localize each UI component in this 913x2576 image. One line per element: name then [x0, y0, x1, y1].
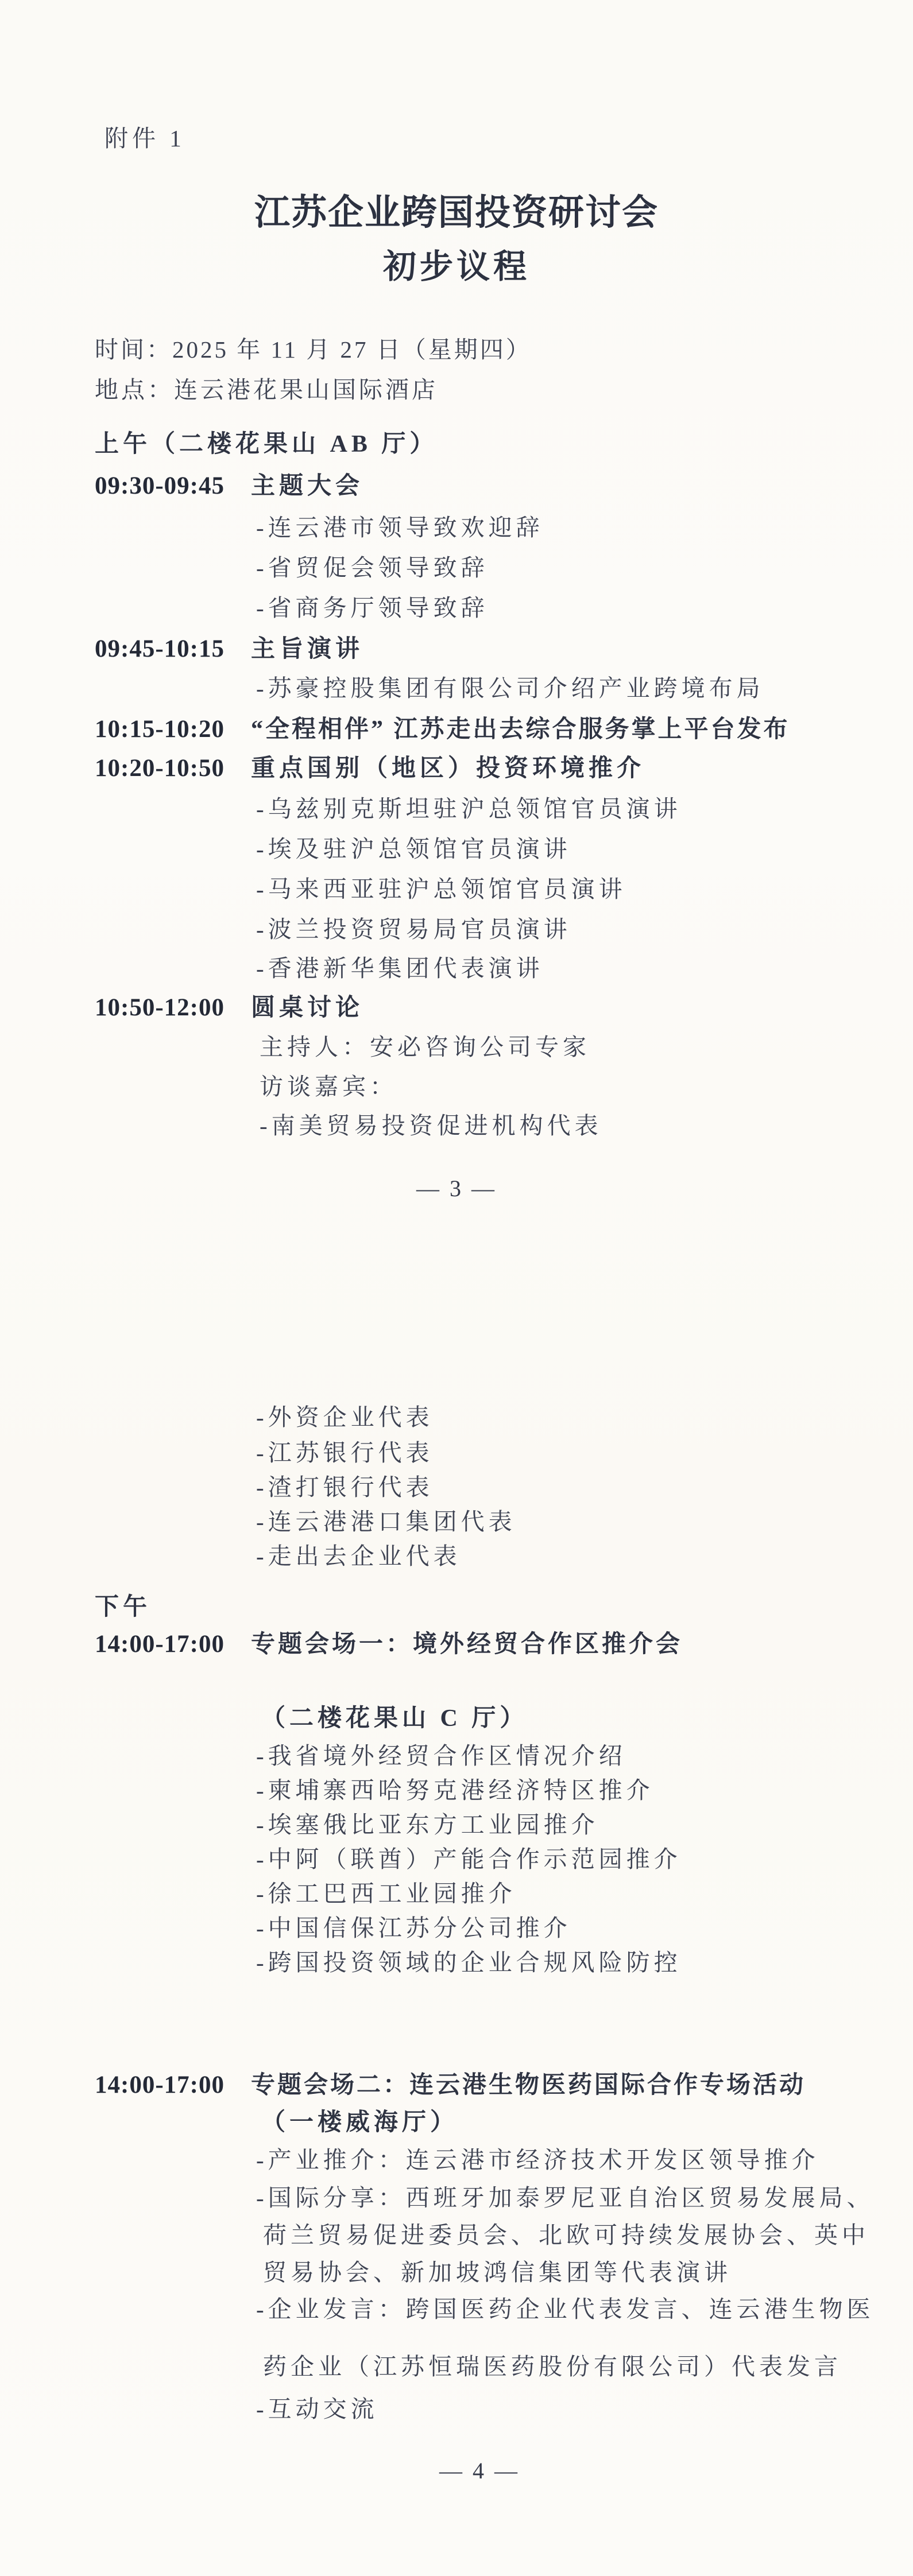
- agenda-item: -省商务厅领导致辞: [256, 595, 489, 622]
- session-header: 10:15-10:20“全程相伴” 江苏走出去综合服务掌上平台发布: [95, 715, 790, 743]
- session-title: 重点国别（地区）投资环境推介: [251, 755, 645, 782]
- agenda-item: -产业推介：连云港市经济技术开发区领导推介: [256, 2147, 819, 2174]
- agenda-item: -江苏银行代表: [256, 1440, 434, 1467]
- agenda-item-continued: 荷兰贸易促进委员会、北欧可持续发展协会、英中: [263, 2222, 869, 2249]
- agenda-item: 主持人：安必咨询公司专家: [260, 1034, 590, 1061]
- session-time: 14:00-17:00: [95, 1630, 239, 1658]
- agenda-item-continued: 贸易协会、新加坡鸿信集团等代表演讲: [263, 2259, 732, 2286]
- meta-time: 时间：2025 年 11 月 27 日（星期四）: [95, 336, 532, 363]
- agenda-item: -我省境外经贸合作区情况介绍: [256, 1743, 626, 1770]
- agenda-item: -波兰投资贸易局官员演讲: [256, 916, 571, 943]
- document-subtitle: 初步议程: [0, 248, 913, 286]
- agenda-item: -柬埔寨西哈努克港经济特区推介: [256, 1777, 654, 1804]
- session-title: 主旨演讲: [251, 636, 363, 662]
- session-title: 专题会场一：境外经贸合作区推介会: [251, 1631, 683, 1658]
- agenda-item: -跨国投资领域的企业合规风险防控: [256, 1949, 682, 1976]
- agenda-item: -苏豪控股集团有限公司介绍产业跨境布局: [256, 675, 764, 702]
- agenda-item: -徐工巴西工业园推介: [256, 1880, 516, 1907]
- agenda-item: -连云港市领导致欢迎辞: [256, 514, 544, 541]
- session-time: 14:00-17:00: [95, 2071, 239, 2099]
- page-number-4: — 4 —: [23, 2458, 913, 2484]
- session-time: 09:30-09:45: [95, 472, 239, 500]
- session-title: 主题大会: [251, 473, 363, 499]
- session-header: 09:30-09:45主题大会: [95, 472, 363, 500]
- page-number-3: — 3 —: [0, 1176, 913, 1202]
- agenda-item: -马来西亚驻沪总领馆官员演讲: [256, 876, 626, 903]
- session-time: 10:50-12:00: [95, 994, 239, 1022]
- agenda-item: -南美贸易投资促进机构代表: [260, 1112, 602, 1139]
- agenda-item: -埃及驻沪总领馆官员演讲: [256, 836, 571, 863]
- meta-venue: 地点：连云港花果山国际酒店: [95, 377, 438, 404]
- session-time: 09:45-10:15: [95, 635, 239, 663]
- session-header: 10:20-10:50重点国别（地区）投资环境推介: [95, 754, 645, 782]
- session-time: 10:20-10:50: [95, 754, 239, 782]
- agenda-item: -中国信保江苏分公司推介: [256, 1915, 571, 1942]
- document-title: 江苏企业跨国投资研讨会: [0, 193, 913, 234]
- scanned-document-page: 附件 1 江苏企业跨国投资研讨会 初步议程 时间：2025 年 11 月 27 …: [0, 0, 913, 2576]
- agenda-item: -中阿（联酋）产能合作示范园推介: [256, 1846, 682, 1873]
- session-venue: （二楼花果山 C 厅）: [261, 1705, 528, 1732]
- afternoon-section-header: 下午: [95, 1593, 151, 1621]
- agenda-item: -外资企业代表: [256, 1404, 434, 1431]
- session-header: 14:00-17:00专题会场一：境外经贸合作区推介会: [95, 1630, 683, 1658]
- session-header: 09:45-10:15主旨演讲: [95, 635, 363, 663]
- agenda-item-continued: 药企业（江苏恒瑞医药股份有限公司）代表发言: [263, 2353, 842, 2380]
- agenda-item: -走出去企业代表: [256, 1543, 461, 1570]
- agenda-item: -埃塞俄比亚东方工业园推介: [256, 1811, 599, 1838]
- attachment-label: 附件 1: [105, 125, 185, 152]
- agenda-item: -企业发言：跨国医药企业代表发言、连云港生物医: [256, 2296, 875, 2323]
- agenda-item: -香港新华集团代表演讲: [256, 955, 544, 982]
- agenda-item: -乌兹别克斯坦驻沪总领馆官员演讲: [256, 796, 682, 823]
- session-header: 10:50-12:00圆桌讨论: [95, 994, 363, 1022]
- agenda-item: -国际分享：西班牙加泰罗尼亚自治区贸易发展局、: [256, 2185, 875, 2212]
- agenda-item: 访谈嘉宾：: [260, 1073, 397, 1100]
- agenda-item: -渣打银行代表: [256, 1474, 434, 1501]
- session-venue: （一楼威海厅）: [261, 2109, 458, 2136]
- agenda-item: -连云港港口集团代表: [256, 1508, 516, 1535]
- session-title: “全程相伴” 江苏走出去综合服务掌上平台发布: [251, 716, 790, 743]
- agenda-item: -互动交流: [256, 2396, 378, 2423]
- session-time: 10:15-10:20: [95, 715, 239, 743]
- session-title: 圆桌讨论: [251, 995, 363, 1021]
- agenda-item: -省贸促会领导致辞: [256, 554, 489, 581]
- session-title: 专题会场二：连云港生物医药国际合作专场活动: [251, 2072, 806, 2098]
- morning-section-header: 上午（二楼花果山 AB 厅）: [95, 430, 438, 458]
- session-header: 14:00-17:00专题会场二：连云港生物医药国际合作专场活动: [95, 2071, 806, 2099]
